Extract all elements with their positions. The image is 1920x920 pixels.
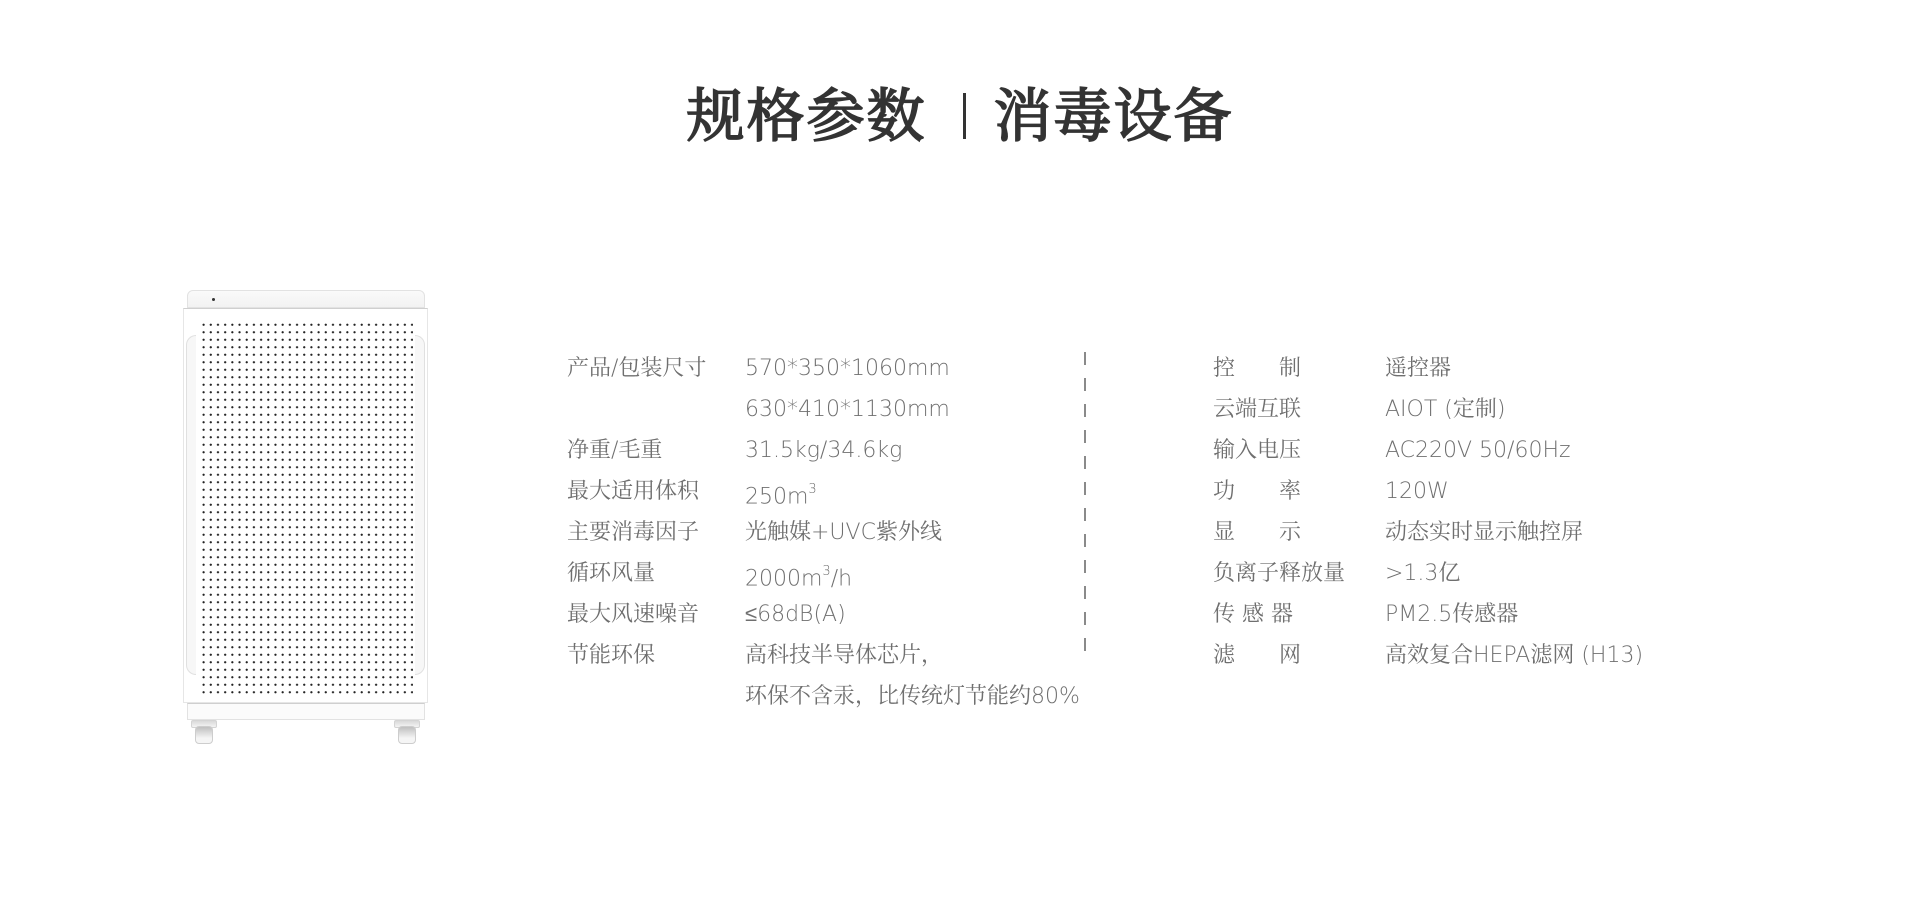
spec-value: 250m3	[745, 471, 817, 517]
spec-value: 环保不含汞，比传统灯节能约80%	[745, 676, 1080, 717]
spec-label: 控 制	[1213, 348, 1301, 389]
spec-label: 云端互联	[1213, 389, 1301, 430]
title-separator	[963, 93, 966, 139]
spec-value-text: 250m	[745, 484, 808, 509]
caster-wheel-icon	[394, 720, 420, 744]
spec-value: 2000m3/h	[745, 553, 852, 599]
spec-label: 产品/包装尺寸	[567, 348, 706, 389]
device-side-handle-right	[415, 335, 425, 675]
spec-label: 主要消毒因子	[567, 512, 699, 553]
title-right: 消毒设备	[994, 82, 1234, 150]
device-grille	[198, 319, 413, 694]
spec-value: 630*410*1130mm	[745, 389, 950, 430]
spec-value-sup: 3	[808, 482, 816, 497]
spec-value: 光触媒+UVC紫外线	[745, 512, 942, 553]
spec-label: 最大适用体积	[567, 471, 699, 512]
spec-value: AIOT (定制)	[1385, 389, 1505, 430]
spec-label: 负离子释放量	[1213, 553, 1345, 594]
title-left: 规格参数	[686, 82, 926, 150]
spec-value: 高效复合HEPA滤网 (H13)	[1385, 635, 1643, 676]
spec-value: AC220V 50/60Hz	[1385, 430, 1571, 471]
spec-value: 31.5kg/34.6kg	[745, 430, 902, 471]
device-top-cap	[187, 290, 425, 308]
device-base	[187, 703, 425, 720]
product-image	[183, 290, 428, 745]
caster-wheel-icon	[191, 720, 217, 744]
spec-value: 动态实时显示触控屏	[1385, 512, 1583, 553]
spec-label: 循环风量	[567, 553, 655, 594]
spec-value: 120W	[1385, 471, 1449, 512]
spec-label: 功 率	[1213, 471, 1301, 512]
spec-value: PM2.5传感器	[1385, 594, 1518, 635]
spec-value: >1.3亿	[1385, 553, 1460, 594]
device-body	[183, 308, 428, 703]
indicator-light-icon	[212, 298, 215, 301]
spec-value: 570*350*1060mm	[745, 348, 950, 389]
spec-label: 传 感 器	[1213, 594, 1293, 635]
spec-label: 滤 网	[1213, 635, 1301, 676]
spec-label: 最大风速噪音	[567, 594, 699, 635]
spec-value-suffix: /h	[831, 566, 852, 591]
spec-label: 显 示	[1213, 512, 1301, 553]
spec-value: ≤68dB(A)	[745, 594, 846, 635]
spec-value: 高科技半导体芯片，	[745, 635, 943, 676]
spec-label: 节能环保	[567, 635, 655, 676]
spec-value: 遥控器	[1385, 348, 1451, 389]
column-divider	[1084, 352, 1086, 664]
page-title: 规格参数消毒设备	[0, 76, 1920, 156]
spec-value-text: 2000m	[745, 566, 822, 591]
spec-label: 净重/毛重	[567, 430, 662, 471]
spec-value-sup: 3	[822, 564, 830, 579]
device-side-handle-left	[186, 335, 196, 675]
spec-label: 输入电压	[1213, 430, 1301, 471]
